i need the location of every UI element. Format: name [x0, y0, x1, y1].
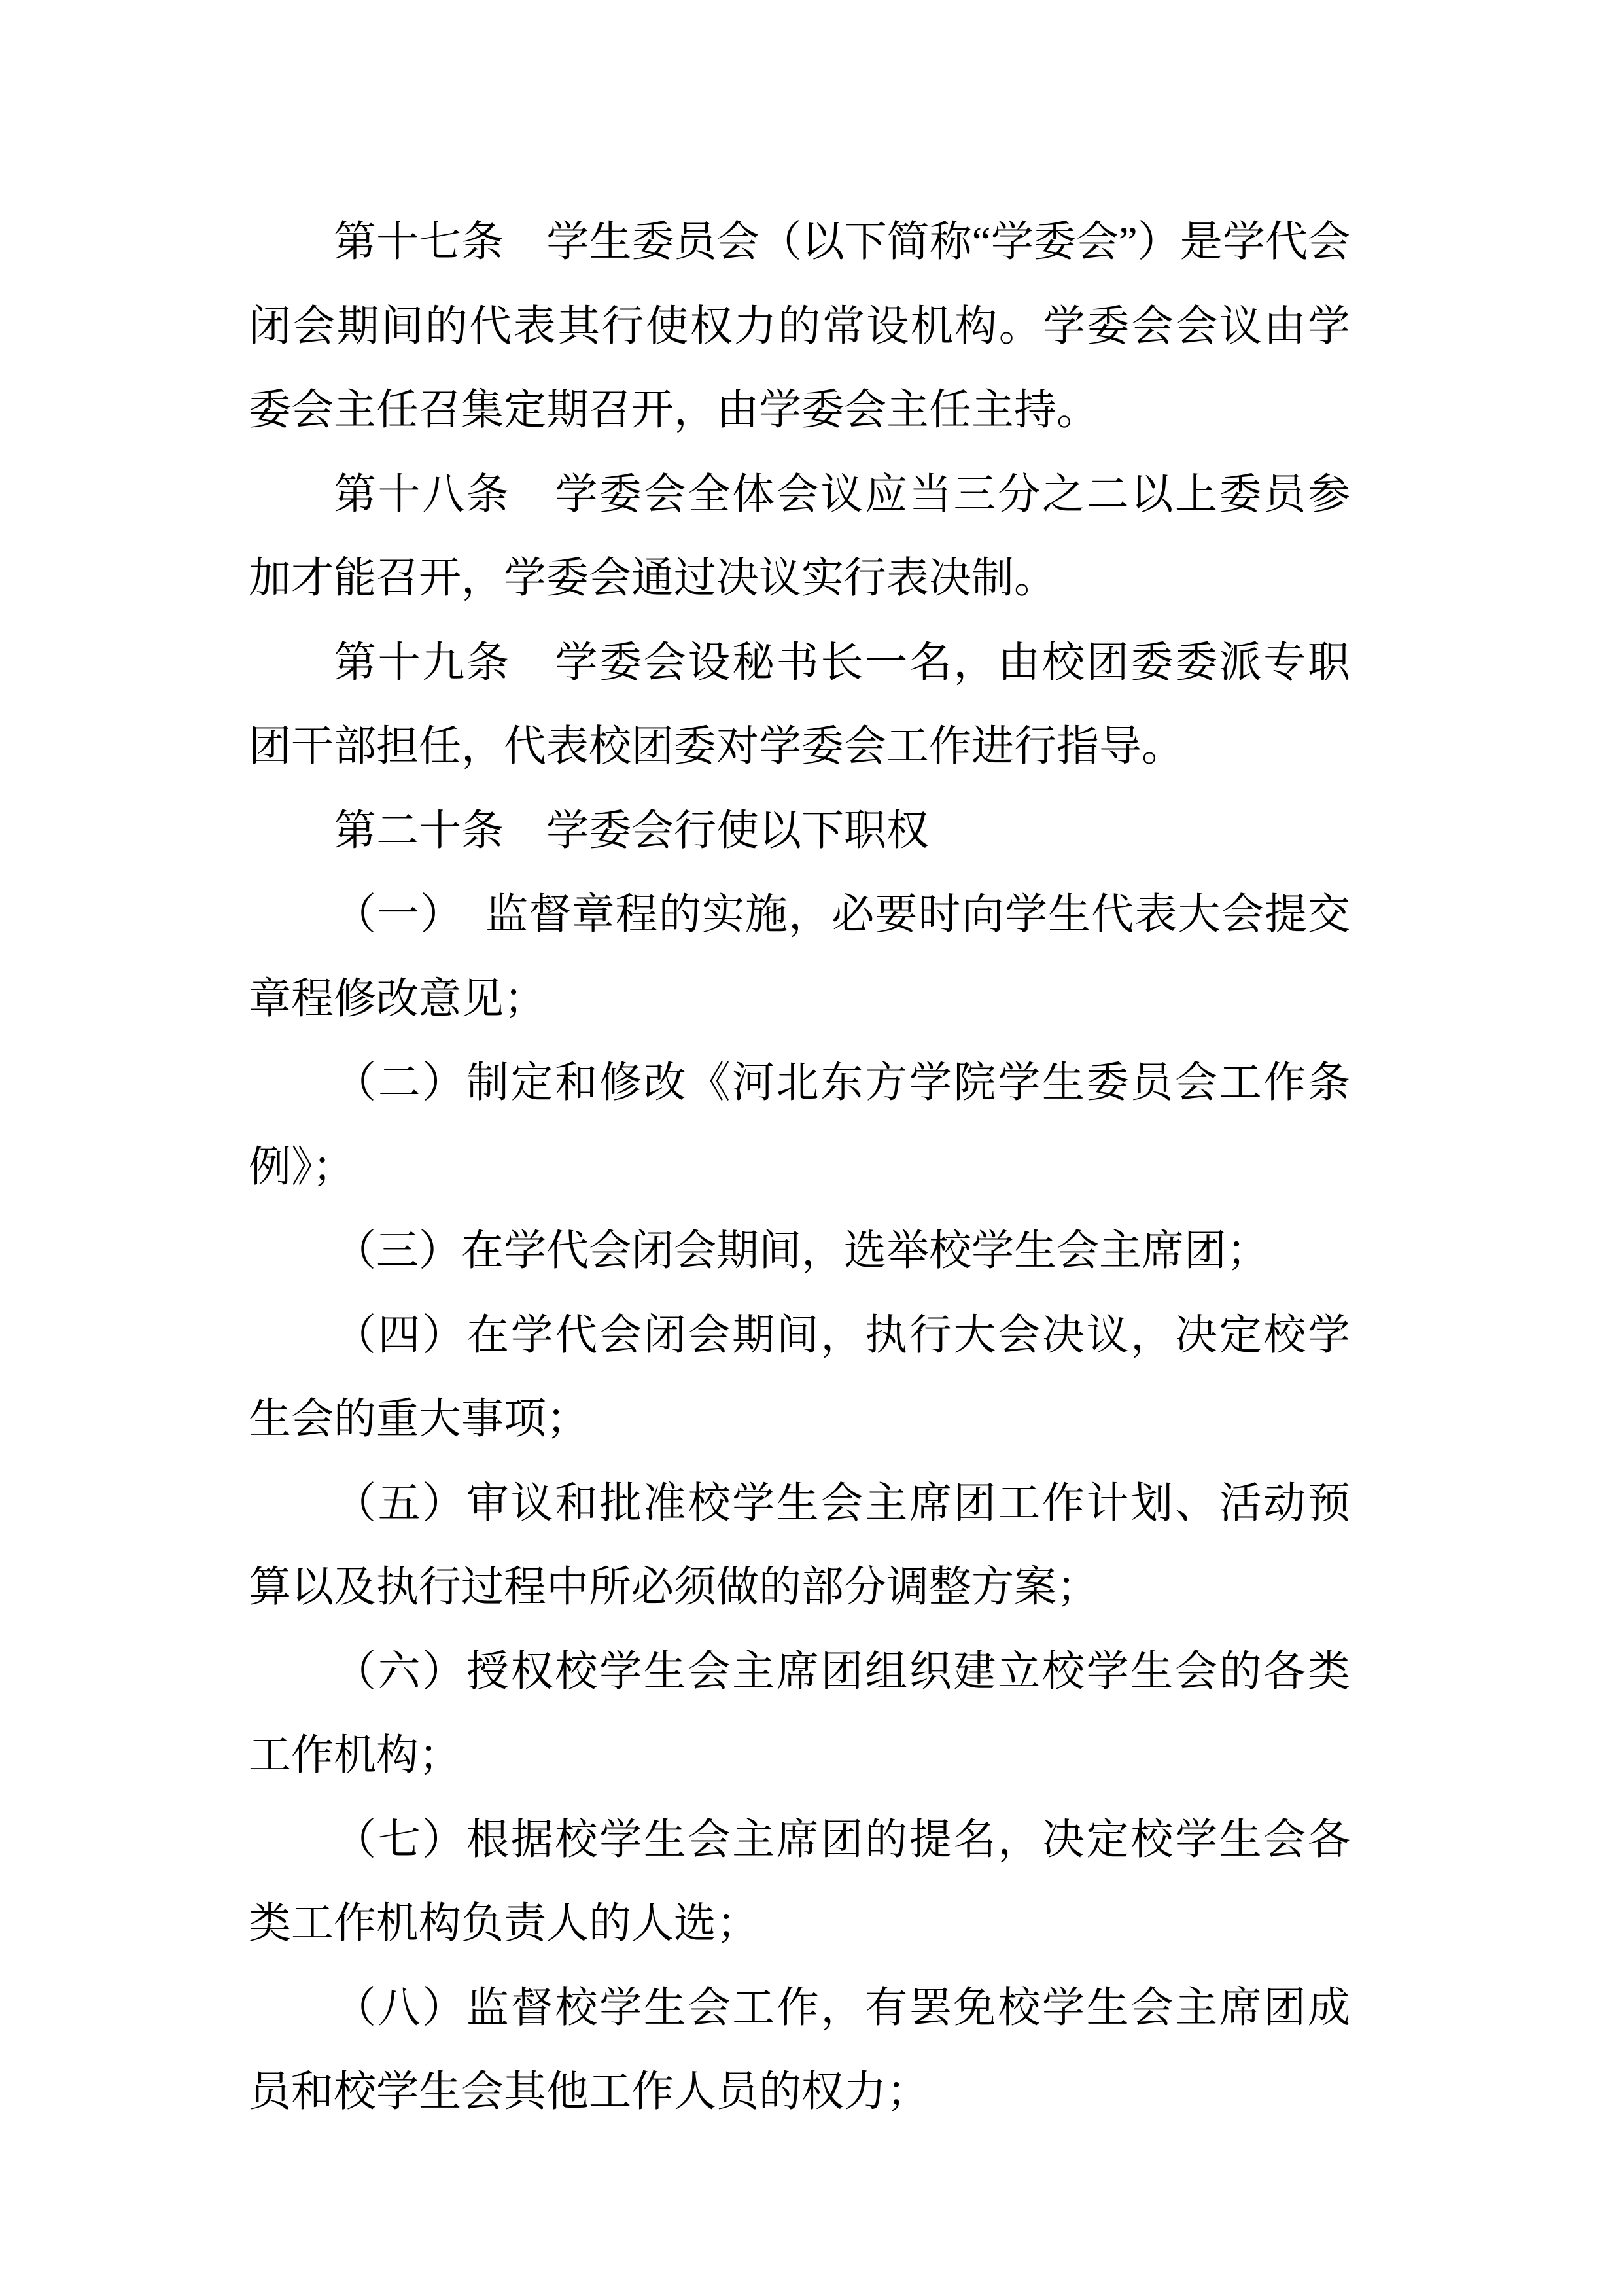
paragraph-article-17: 第十七条 学生委员会（以下简称“学委会”）是学代会闭会期间的代表其行使权力的常设… — [249, 200, 1350, 453]
paragraph-article-20-item-6: （六）授权校学生会主席团组织建立校学生会的各类工作机构； — [249, 1630, 1350, 1798]
paragraph-article-20-item-4: （四）在学代会闭会期间，执行大会决议，决定校学生会的重大事项； — [249, 1294, 1350, 1462]
paragraph-article-20: 第二十条 学委会行使以下职权 — [249, 789, 1350, 874]
paragraph-article-19: 第十九条 学委会设秘书长一名，由校团委委派专职团干部担任，代表校团委对学委会工作… — [249, 621, 1350, 789]
paragraph-article-20-item-1: （一） 监督章程的实施，必要时向学生代表大会提交章程修改意见； — [249, 873, 1350, 1041]
paragraph-article-20-item-7: （七）根据校学生会主席团的提名，决定校学生会各类工作机构负责人的人选； — [249, 1798, 1350, 1966]
paragraph-article-20-item-3: （三）在学代会闭会期间，选举校学生会主席团； — [249, 1209, 1350, 1294]
document-page: 第十七条 学生委员会（以下简称“学委会”）是学代会闭会期间的代表其行使权力的常设… — [0, 0, 1623, 2296]
paragraph-article-18: 第十八条 学委会全体会议应当三分之二以上委员参加才能召开，学委会通过决议实行表决… — [249, 453, 1350, 621]
paragraph-article-20-item-8: （八）监督校学生会工作，有罢免校学生会主席团成员和校学生会其他工作人员的权力； — [249, 1966, 1350, 2134]
paragraph-article-20-item-2: （二）制定和修改《河北东方学院学生委员会工作条例》； — [249, 1041, 1350, 1209]
document-body: 第十七条 学生委员会（以下简称“学委会”）是学代会闭会期间的代表其行使权力的常设… — [249, 200, 1350, 2134]
paragraph-article-20-item-5: （五）审议和批准校学生会主席团工作计划、活动预算以及执行过程中所必须做的部分调整… — [249, 1462, 1350, 1630]
